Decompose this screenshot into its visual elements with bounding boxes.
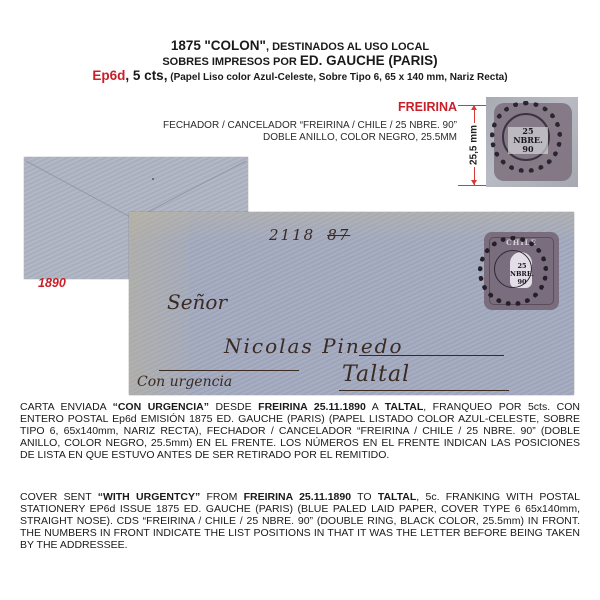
envelope-front-image: 211887 Señor Nicolas Pinedo Taltal Con u…: [129, 212, 574, 395]
cds-date: 25 NBRE. 90: [510, 262, 534, 286]
urgency-phrase: “CON URGENCIA”: [113, 401, 209, 413]
issue-usage: , DESTINADOS AL USO LOCAL: [266, 41, 429, 53]
text: COVER SENT: [20, 491, 98, 503]
destination-name: TALTAL: [378, 491, 416, 503]
origin-date: FREIRINA 25.11.1890: [244, 491, 351, 503]
text: TO: [351, 491, 378, 503]
destination-name: TALTAL: [385, 401, 423, 413]
underline-urgency: [159, 370, 299, 371]
description-spanish: CARTA ENVIADA “CON URGENCIA” DESDE FREIR…: [20, 401, 580, 461]
list-number: 2118: [269, 226, 315, 244]
text: A: [366, 401, 385, 413]
title-line-3: Ep6d, 5 cts, (Papel Liso color Azul-Cele…: [0, 68, 600, 85]
postal-stationery-stamp: CHILE 25 NBRE. 90: [484, 232, 559, 310]
description-english: COVER SENT “WITH URGENTCY” FROM FREIRINA…: [20, 491, 580, 551]
printer-lead: SOBRES IMPRESOS POR: [162, 56, 296, 68]
cds-date-text: 25 NBRE. 90: [508, 127, 548, 154]
underline-destination: [339, 390, 509, 391]
arrow-up-icon: [471, 105, 477, 110]
issue-name: "COLON": [204, 38, 266, 53]
text: FROM: [200, 491, 243, 503]
text: DESDE: [209, 401, 258, 413]
urgency-phrase: “WITH URGENTCY”: [98, 491, 201, 503]
postmark-town: FREIRINA: [398, 100, 457, 114]
postmark-description: FECHADOR / CANCELADOR “FREIRINA / CHILE …: [157, 120, 457, 144]
envelope-details: (Papel Liso color Azul-Celeste, Sobre Ti…: [170, 72, 507, 83]
origin-date: FREIRINA 25.11.1890: [258, 401, 366, 413]
salutation: Señor: [167, 290, 227, 314]
catalog-code: Ep6d: [92, 68, 125, 83]
face-value: , 5 cts,: [125, 68, 167, 83]
destination: Taltal: [342, 362, 410, 387]
list-numbers: 211887: [269, 226, 350, 244]
printer-name: ED. GAUCHE (PARIS): [300, 53, 438, 68]
cover-year: 1890: [38, 276, 66, 290]
measure-label: 25,5 mm: [469, 123, 480, 167]
urgency-note: Con urgencia: [137, 374, 232, 390]
struck-number: 87: [327, 226, 350, 244]
text: CARTA ENVIADA: [20, 401, 113, 413]
underline-addressee: [359, 355, 504, 356]
arrow-down-icon: [471, 180, 477, 185]
issue-year: 1875: [171, 38, 201, 53]
postmark-detail-image: 25 NBRE. 90: [486, 97, 578, 187]
